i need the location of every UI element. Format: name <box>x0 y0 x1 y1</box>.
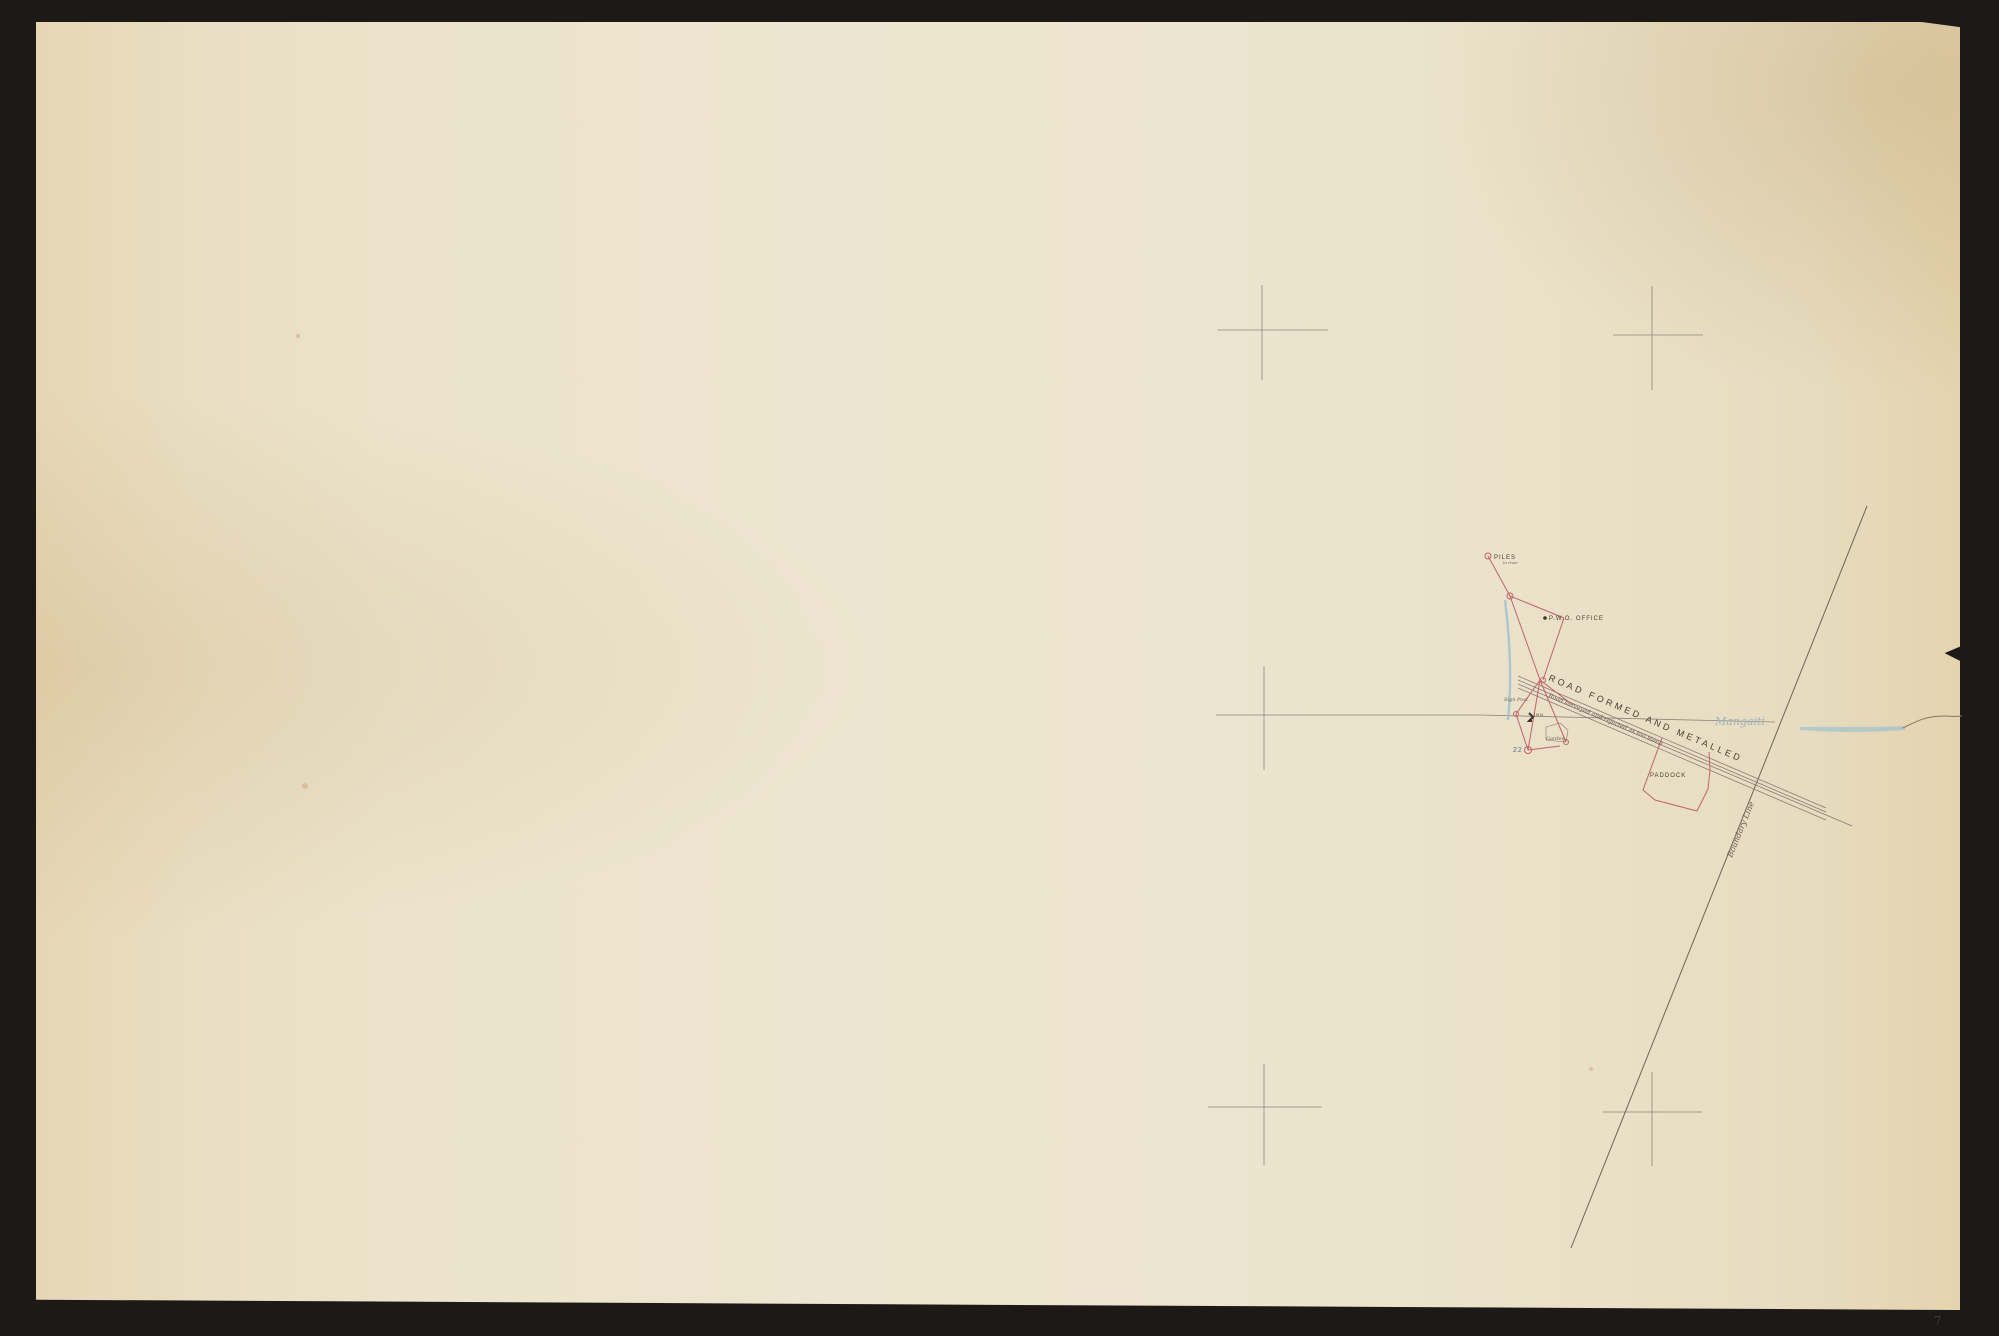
sheet-number: 7 <box>1934 1314 1942 1328</box>
road <box>1518 676 1852 826</box>
garden-label: Garden <box>1546 736 1565 742</box>
grid-crosshairs <box>1208 285 1775 1166</box>
creek <box>1800 726 1905 732</box>
boundary-line-label: Boundary Line <box>1725 800 1756 860</box>
survey-drawing: Boundary Line Mangaiti ROAD FORMED AND M… <box>0 0 1999 1336</box>
inn-label: INN <box>1534 712 1544 717</box>
boundary-line <box>1571 506 1867 1248</box>
paddock-label: PADDOCK <box>1650 773 1686 779</box>
station-number: 22 <box>1513 747 1523 754</box>
creek-label: Mangaiti <box>1714 715 1765 728</box>
survey-stations <box>1485 553 1569 754</box>
post-office-label: P.W.O. OFFICE <box>1549 616 1604 622</box>
sign-post-label: Sign Post <box>1504 697 1529 703</box>
piles-sublabel: in river <box>1503 560 1519 565</box>
